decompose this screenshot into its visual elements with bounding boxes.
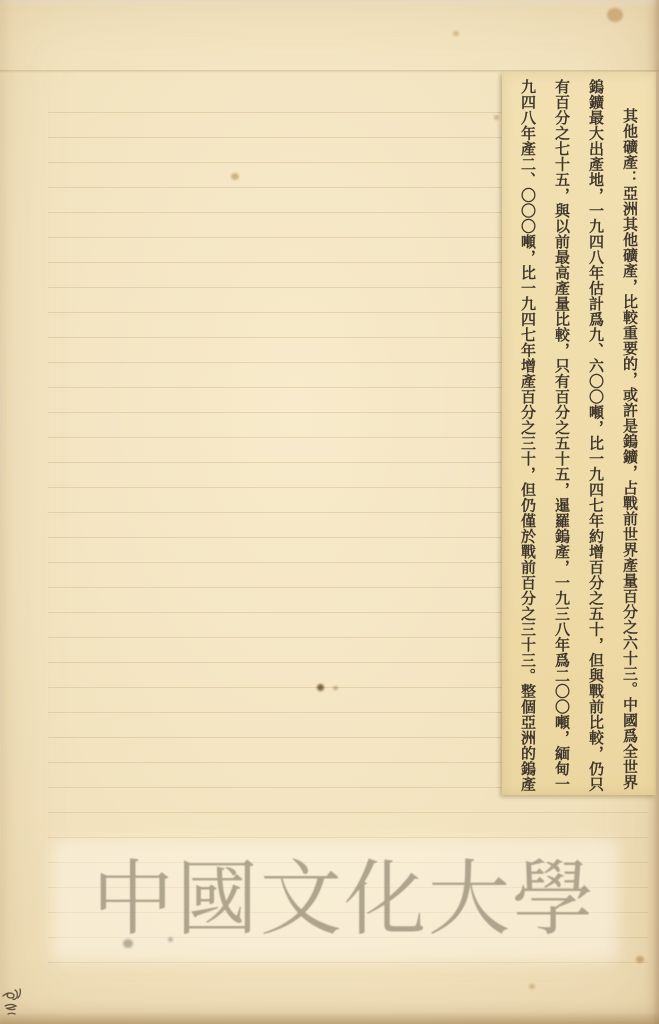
clipping-column-1: 其他礦產：亞洲其他礦產，比較重要的，或許是鎢鑛，占戰前世界產量百分之六十三。中國… — [615, 108, 645, 790]
stain-spot — [168, 937, 173, 942]
scan-bottom-edge-shadow — [0, 1012, 659, 1024]
stain-spot — [453, 31, 459, 36]
stain-spot — [529, 984, 535, 989]
scan-right-edge-shadow — [653, 0, 659, 1024]
stain-spot — [636, 956, 644, 963]
stain-spot — [607, 8, 623, 22]
stain-spot — [317, 684, 324, 691]
stain-spot — [231, 173, 239, 180]
scanned-page: 中國文化大學 其他礦產：亞洲其他礦產，比較重要的，或許是鎢鑛，占戰前世界產量百分… — [0, 0, 659, 1024]
pasted-newspaper-clipping: 其他礦產：亞洲其他礦產，比較重要的，或許是鎢鑛，占戰前世界產量百分之六十三。中國… — [502, 72, 656, 795]
stain-spot — [123, 939, 133, 948]
clipping-column-4: 九四八年產二、〇〇〇噸，比一九四七年增產百分之三十，但仍僅於戰前百分之三十三。整… — [513, 79, 543, 792]
stain-spot — [333, 686, 338, 690]
clipping-column-2: 鎢鑛最大出產地，一九四八年估計爲九、六〇〇噸，比一九四七年約增百分之五十，但與戰… — [581, 79, 611, 792]
stain-spot — [494, 115, 499, 120]
university-watermark: 中國文化大學 — [92, 850, 612, 960]
clipping-column-3: 有百分之七十五，與以前最高產量比較，只有百分之五十五，暹羅鎢產，一九三八年爲二〇… — [547, 79, 577, 792]
